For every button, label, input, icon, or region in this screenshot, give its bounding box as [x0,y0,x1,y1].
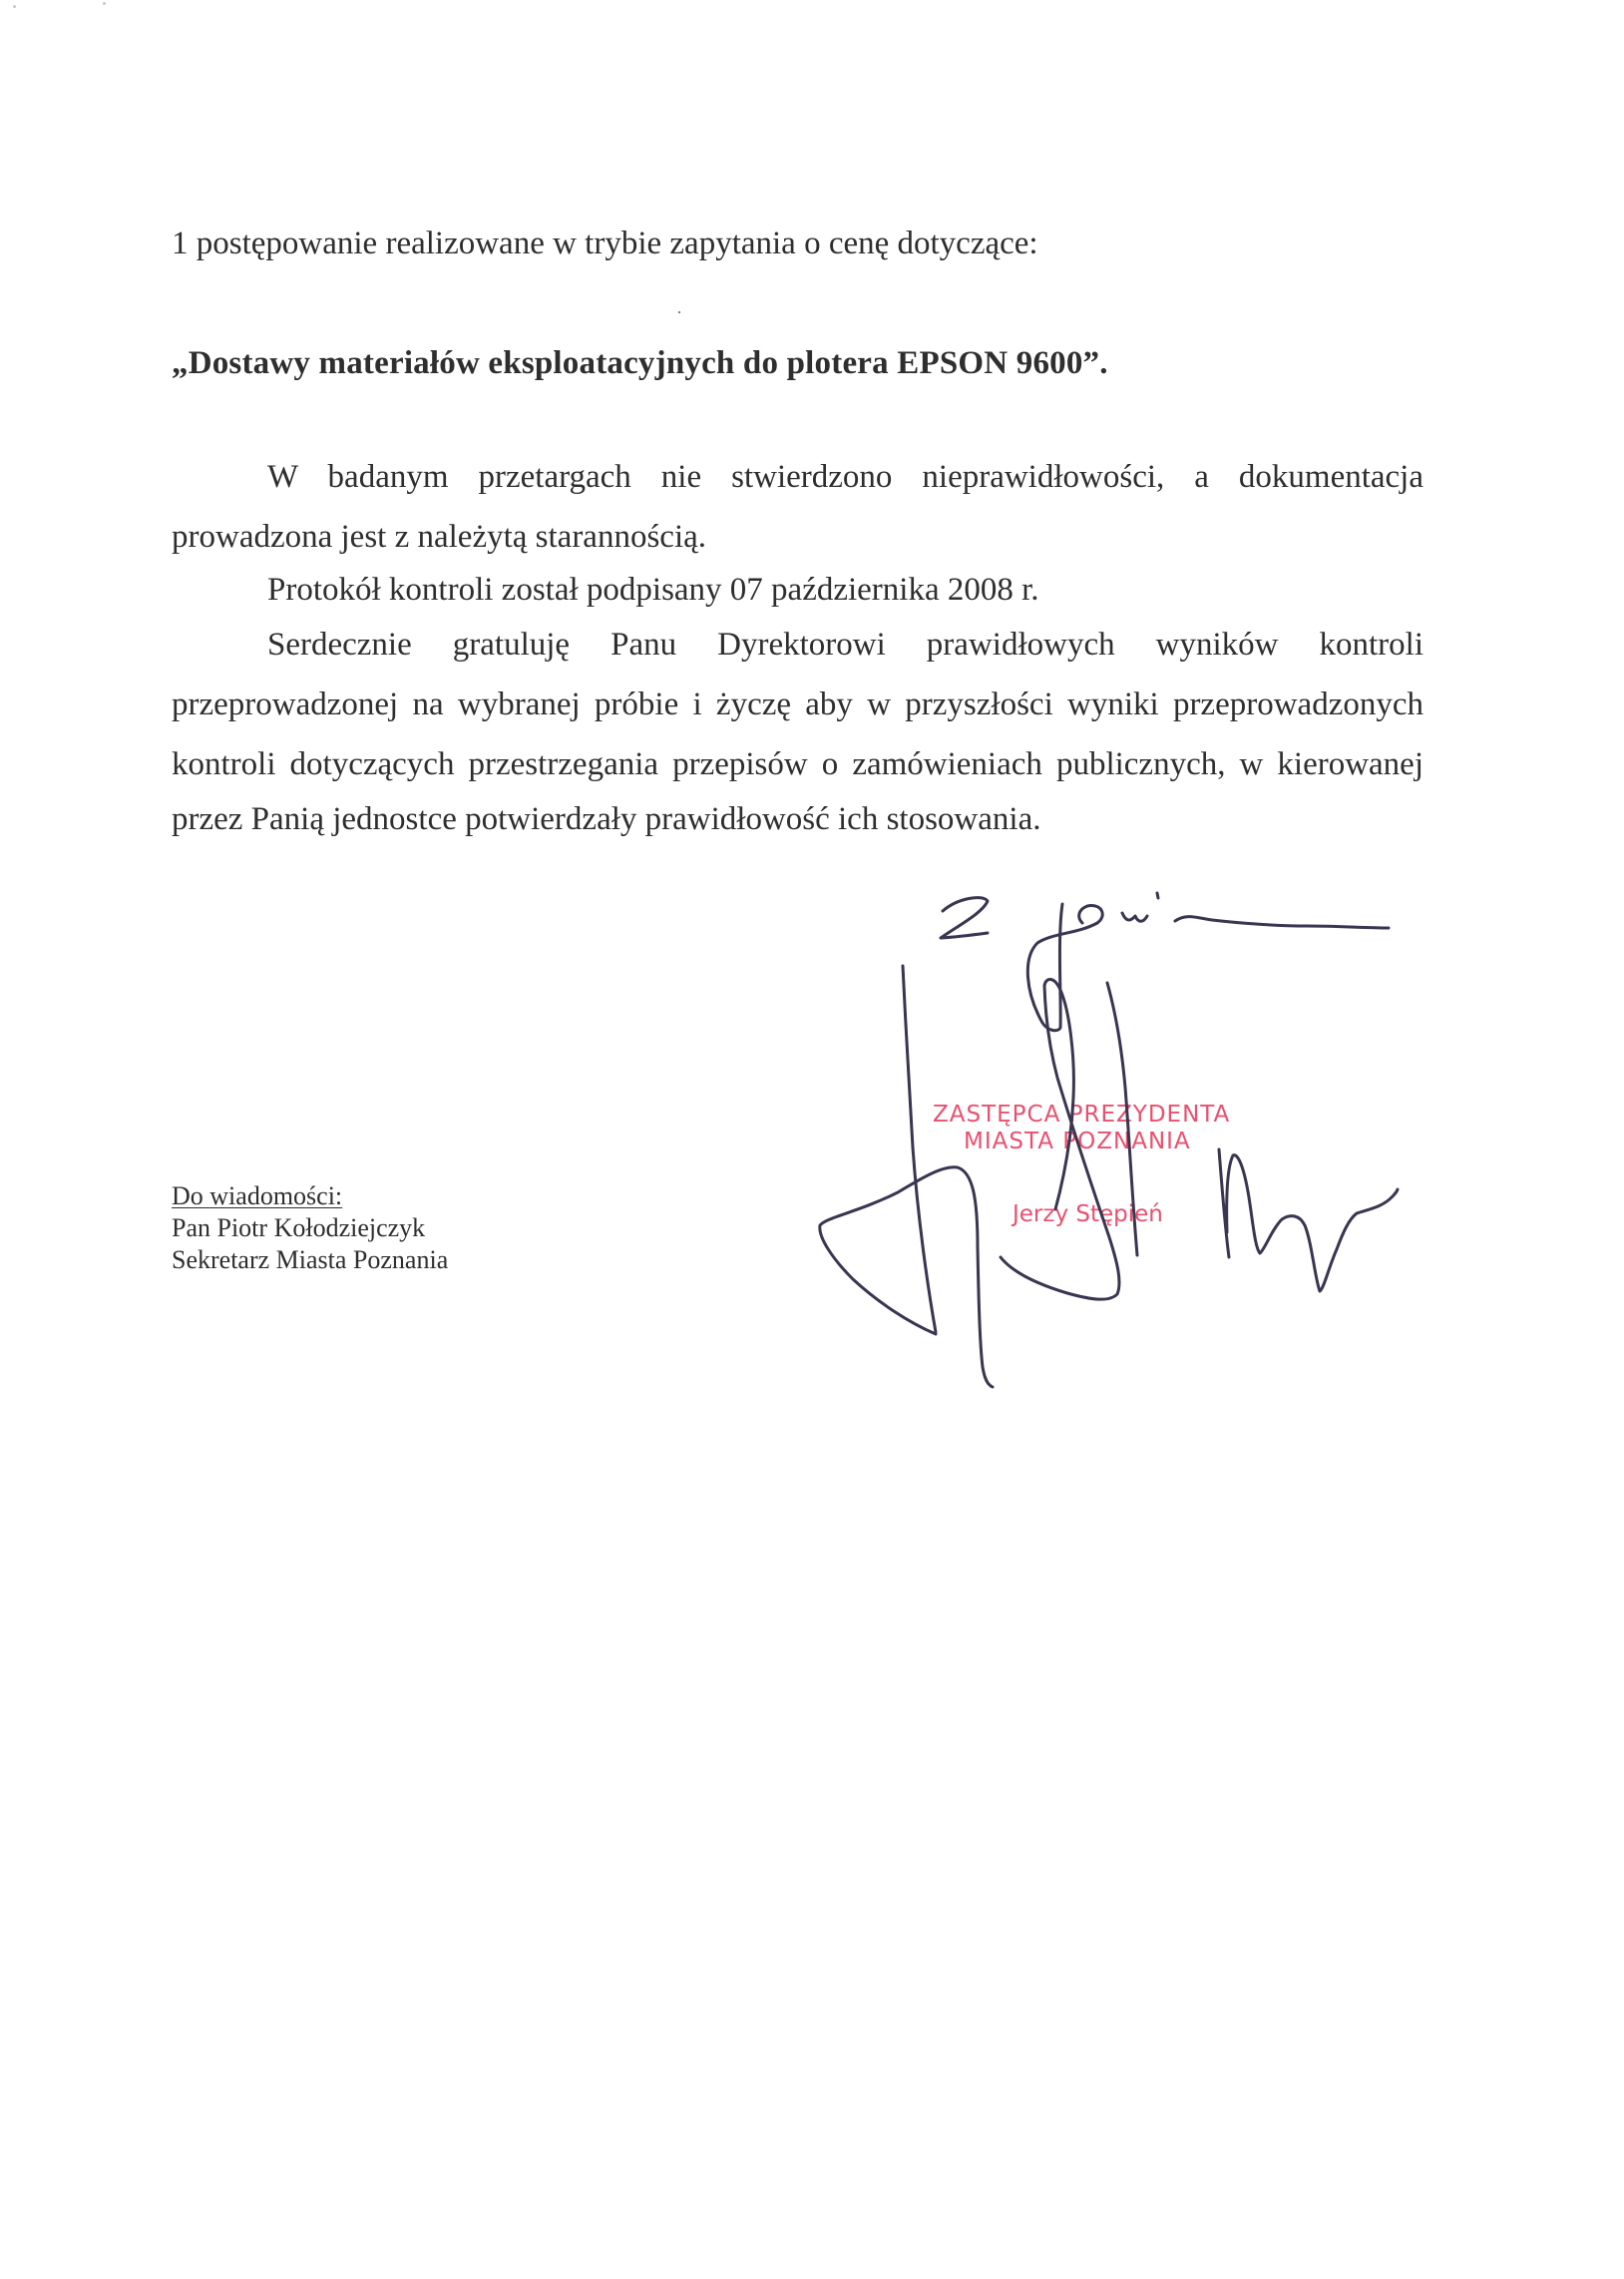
stamp-title-line-1: ZASTĘPCA PREZYDENTA [933,1104,1230,1127]
protocol-signed-line: Protokół kontroli został podpisany 07 pa… [267,574,1039,607]
scan-artifact [13,5,16,8]
paragraph-3-line-1: Serdecznie gratuluję Panu Dyrektorowi pr… [267,629,1423,662]
cc-recipient-name: Pan Piotr Kołodziejczyk [172,1215,425,1241]
cc-recipient-title: Sekretarz Miasta Poznania [172,1247,448,1273]
stamp-title-line-2: MIASTA POZNANIA [964,1131,1191,1153]
paragraph-1-line-1: W badanym przetargach nie stwierdzono ni… [267,461,1423,494]
stamp-name: Jerzy Stępień [1013,1203,1163,1226]
paragraph-text: W badanym przetargach nie stwierdzono ni… [267,459,1423,495]
subject-title: „Dostawy materiałów eksploatacyjnych do … [172,347,1108,380]
intro-line: 1 postępowanie realizowane w trybie zapy… [172,228,1038,260]
paragraph-3-line-2: przeprowadzonej na wybranej próbie i życ… [172,688,1423,721]
paragraph-3-line-4: przez Panią jednostce potwierdzały prawi… [172,803,1040,836]
handwritten-signature [0,0,1624,2279]
paragraph-text: Serdecznie gratuluję Panu Dyrektorowi pr… [267,627,1423,663]
paragraph-1-line-2: prowadzona jest z należytą starannością. [172,521,706,554]
scanned-letter-page: 1 postępowanie realizowane w trybie zapy… [0,0,1624,2279]
scan-artifact [678,311,680,313]
paragraph-text: kontroli dotyczących przestrzegania prze… [172,746,1423,782]
scan-artifact [103,2,106,5]
paragraph-text: przeprowadzonej na wybranej próbie i życ… [172,686,1423,722]
cc-heading: Do wiadomości: [172,1183,342,1209]
paragraph-3-line-3: kontroli dotyczących przestrzegania prze… [172,748,1423,781]
